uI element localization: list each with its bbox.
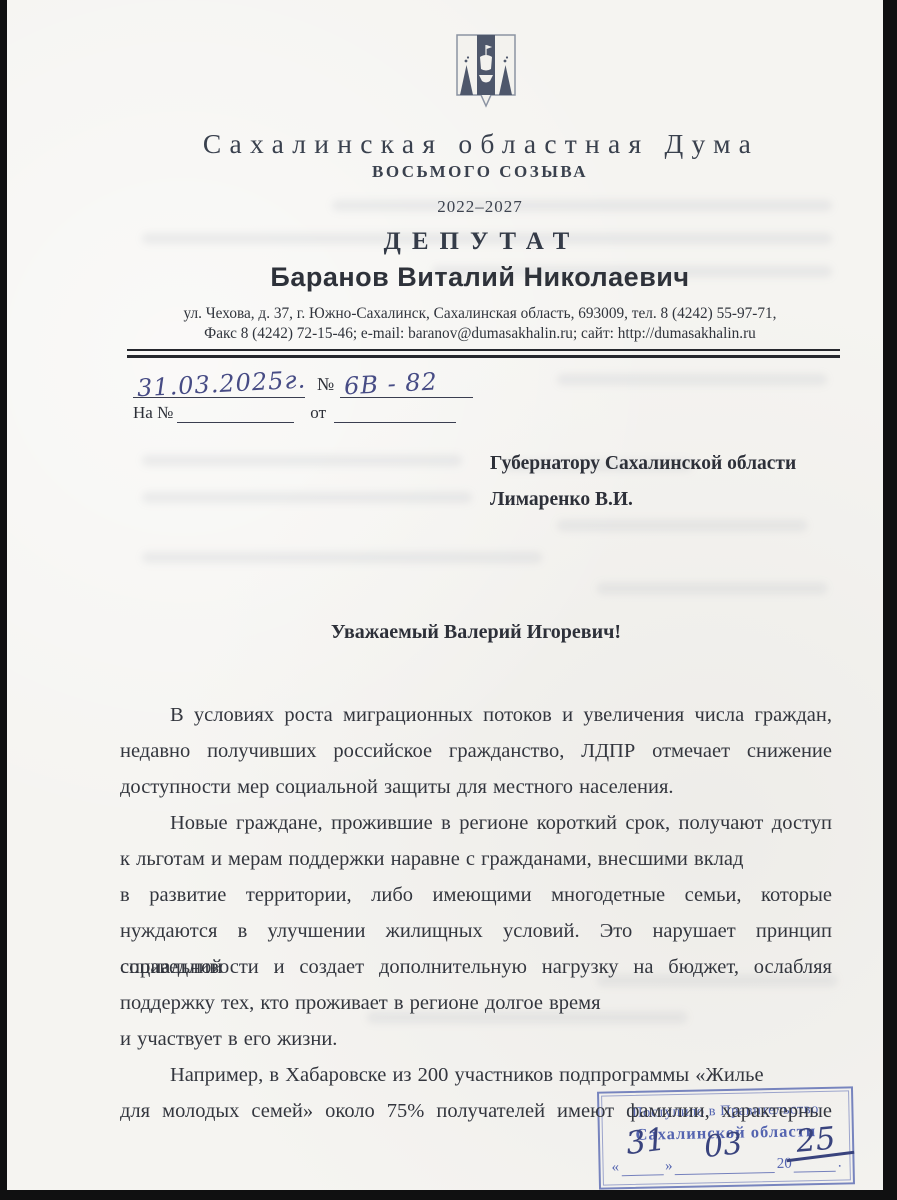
- bleed-through-ghost: [557, 374, 827, 385]
- sakhalin-coat-of-arms-icon: [455, 33, 517, 109]
- deputy-name: Баранов Виталий Николаевич: [120, 262, 832, 293]
- contact-fax-email-line: Факс 8 (4242) 72-15-46; e-mail: baranov@…: [120, 325, 832, 343]
- from-date-blank: [334, 404, 456, 423]
- convocation-line: ВОСЬМОГО СОЗЫВА: [120, 162, 832, 182]
- body-line: В условиях роста миграционных потоков и …: [120, 697, 832, 733]
- bleed-through-ghost: [142, 552, 542, 563]
- date-line: 31.03.2025г.: [133, 371, 305, 398]
- bleed-through-ghost: [597, 583, 827, 594]
- bleed-through-ghost: [557, 520, 807, 531]
- addressee-name: Лимаренко В.И.: [490, 482, 796, 518]
- body-line: в развитие территории, либо имеющими мно…: [120, 877, 832, 913]
- reply-to-label: На №: [133, 403, 173, 423]
- body-line: недавно получивших российское гражданств…: [120, 733, 832, 769]
- handwritten-date: 31.03.2025г.: [132, 367, 306, 402]
- body-line: для молодых семей» около 75% получателей…: [120, 1093, 832, 1129]
- body-line: и участвует в его жизни.: [120, 1021, 832, 1057]
- contact-address-line: ул. Чехова, д. 37, г. Южно-Сахалинск, Са…: [120, 305, 832, 323]
- body-line: поддержку тех, кто проживает в регионе д…: [120, 985, 832, 1021]
- convocation-years: 2022–2027: [120, 197, 832, 217]
- number-line: 6В - 82: [340, 371, 473, 398]
- stamp-close-quote: »: [665, 1158, 673, 1175]
- stamp-handwritten-month: 03: [703, 1129, 744, 1163]
- bleed-through-ghost: [142, 455, 462, 466]
- scanned-letter-page: Сахалинская областная Дума ВОСЬМОГО СОЗЫ…: [0, 0, 897, 1200]
- body-line: к льготам и мерам поддержки наравне с гр…: [120, 841, 832, 877]
- body-line: Например, в Хабаровске из 200 участников…: [120, 1057, 832, 1093]
- stamp-handwritten-day: 31: [624, 1124, 667, 1160]
- body-line: справедливости и создает дополнительную …: [120, 949, 832, 985]
- body-line: Новые граждане, прожившие в регионе коро…: [120, 805, 832, 841]
- org-name: Сахалинская областная Дума: [120, 128, 832, 160]
- stamp-open-quote: «: [611, 1159, 619, 1176]
- letterhead-divider: [127, 349, 840, 358]
- number-sign-label: №: [317, 374, 334, 398]
- outgoing-number-row: 31.03.2025г. № 6В - 82: [133, 360, 473, 398]
- reply-reference-row: На № от: [133, 399, 456, 423]
- handwritten-number: 6В - 82: [340, 369, 439, 400]
- addressee-block: Губернатору Сахалинской области Лимаренк…: [490, 446, 796, 518]
- letter-paper: Сахалинская областная Дума ВОСЬМОГО СОЗЫ…: [7, 0, 883, 1190]
- reply-number-blank: [177, 404, 294, 423]
- deputy-title: ДЕПУТАТ: [120, 228, 832, 256]
- salutation: Уважаемый Валерий Игоревич!: [120, 621, 832, 644]
- stamp-period: .: [838, 1155, 842, 1172]
- addressee-position: Губернатору Сахалинской области: [490, 446, 796, 482]
- bleed-through-ghost: [142, 492, 472, 503]
- body-line: нуждаются в улучшении жилищных условий. …: [120, 913, 832, 949]
- from-label: от: [310, 403, 326, 423]
- body-line: доступности мер социальной защиты для ме…: [120, 769, 832, 805]
- letter-body: В условиях роста миграционных потоков и …: [120, 697, 832, 1129]
